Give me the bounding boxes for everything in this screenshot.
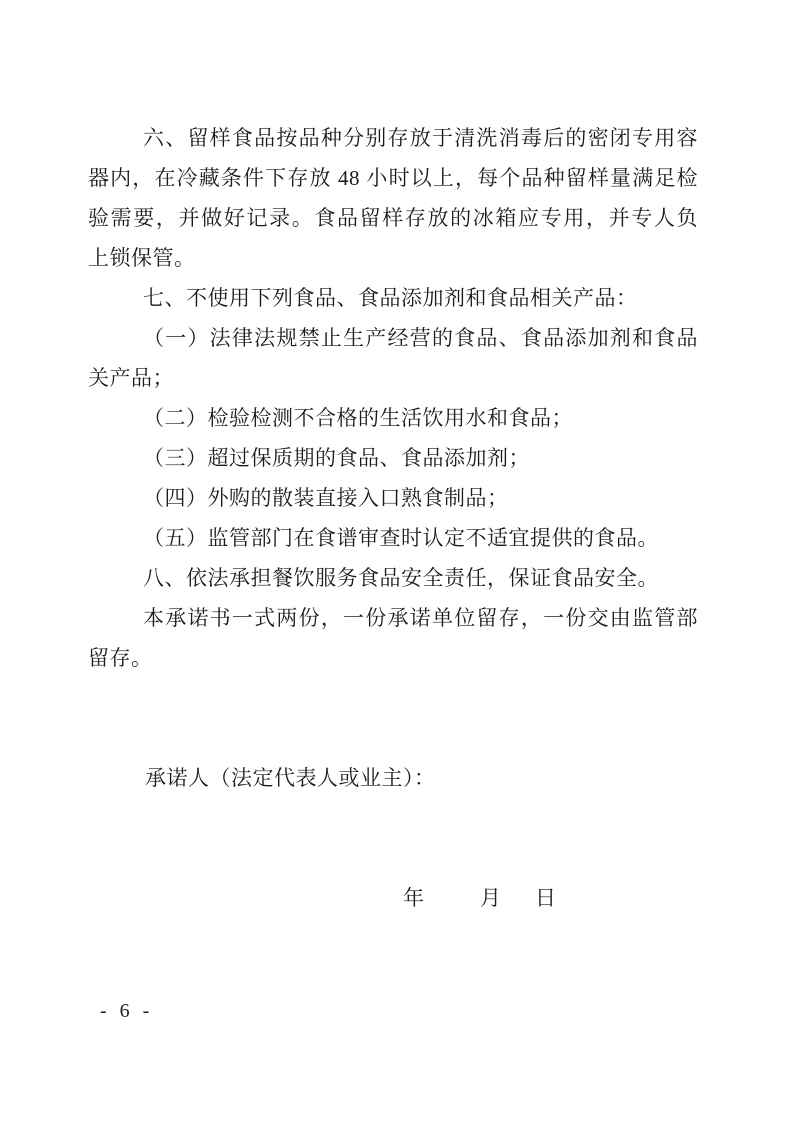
document-line: 器内，在冷藏条件下存放 48 小时以上，每个品种留样量满足检 (88, 158, 698, 198)
page-number: - 6 - (100, 1000, 153, 1023)
document-line: （三）超过保质期的食品、食品添加剂； (88, 438, 698, 478)
signer-label: 承诺人（法定代表人或业主）： (88, 758, 698, 798)
document-page: 六、留样食品按品种分别存放于清洗消毒后的密闭专用容器内，在冷藏条件下存放 48 … (0, 0, 793, 1122)
document-lines: 六、留样食品按品种分别存放于清洗消毒后的密闭专用容器内，在冷藏条件下存放 48 … (88, 118, 698, 678)
document-line: 验需要，并做好记录。食品留样存放的冰箱应专用，并专人负责， (88, 198, 698, 238)
document-line: （四）外购的散装直接入口熟食制品； (88, 478, 698, 518)
document-line: 六、留样食品按品种分别存放于清洗消毒后的密闭专用容 (88, 118, 698, 158)
document-line: 留存。 (88, 638, 698, 678)
date-line: 年 月 日 (88, 878, 698, 918)
document-line: 关产品； (88, 358, 698, 398)
document-line: 本承诺书一式两份，一份承诺单位留存，一份交由监管部门 (88, 598, 698, 638)
document-line: （二）检验检测不合格的生活饮用水和食品； (88, 398, 698, 438)
document-line: （一）法律法规禁止生产经营的食品、食品添加剂和食品相 (88, 318, 698, 358)
date-month-label: 月 (480, 878, 502, 918)
document-line: （五）监管部门在食谱审查时认定不适宜提供的食品。 (88, 518, 698, 558)
date-year-label: 年 (403, 878, 425, 918)
date-day-label: 日 (535, 878, 557, 918)
document-body: 六、留样食品按品种分别存放于清洗消毒后的密闭专用容器内，在冷藏条件下存放 48 … (88, 118, 698, 918)
document-line: 上锁保管。 (88, 238, 698, 278)
document-line: 七、不使用下列食品、食品添加剂和食品相关产品： (88, 278, 698, 318)
document-line: 八、依法承担餐饮服务食品安全责任，保证食品安全。 (88, 558, 698, 598)
